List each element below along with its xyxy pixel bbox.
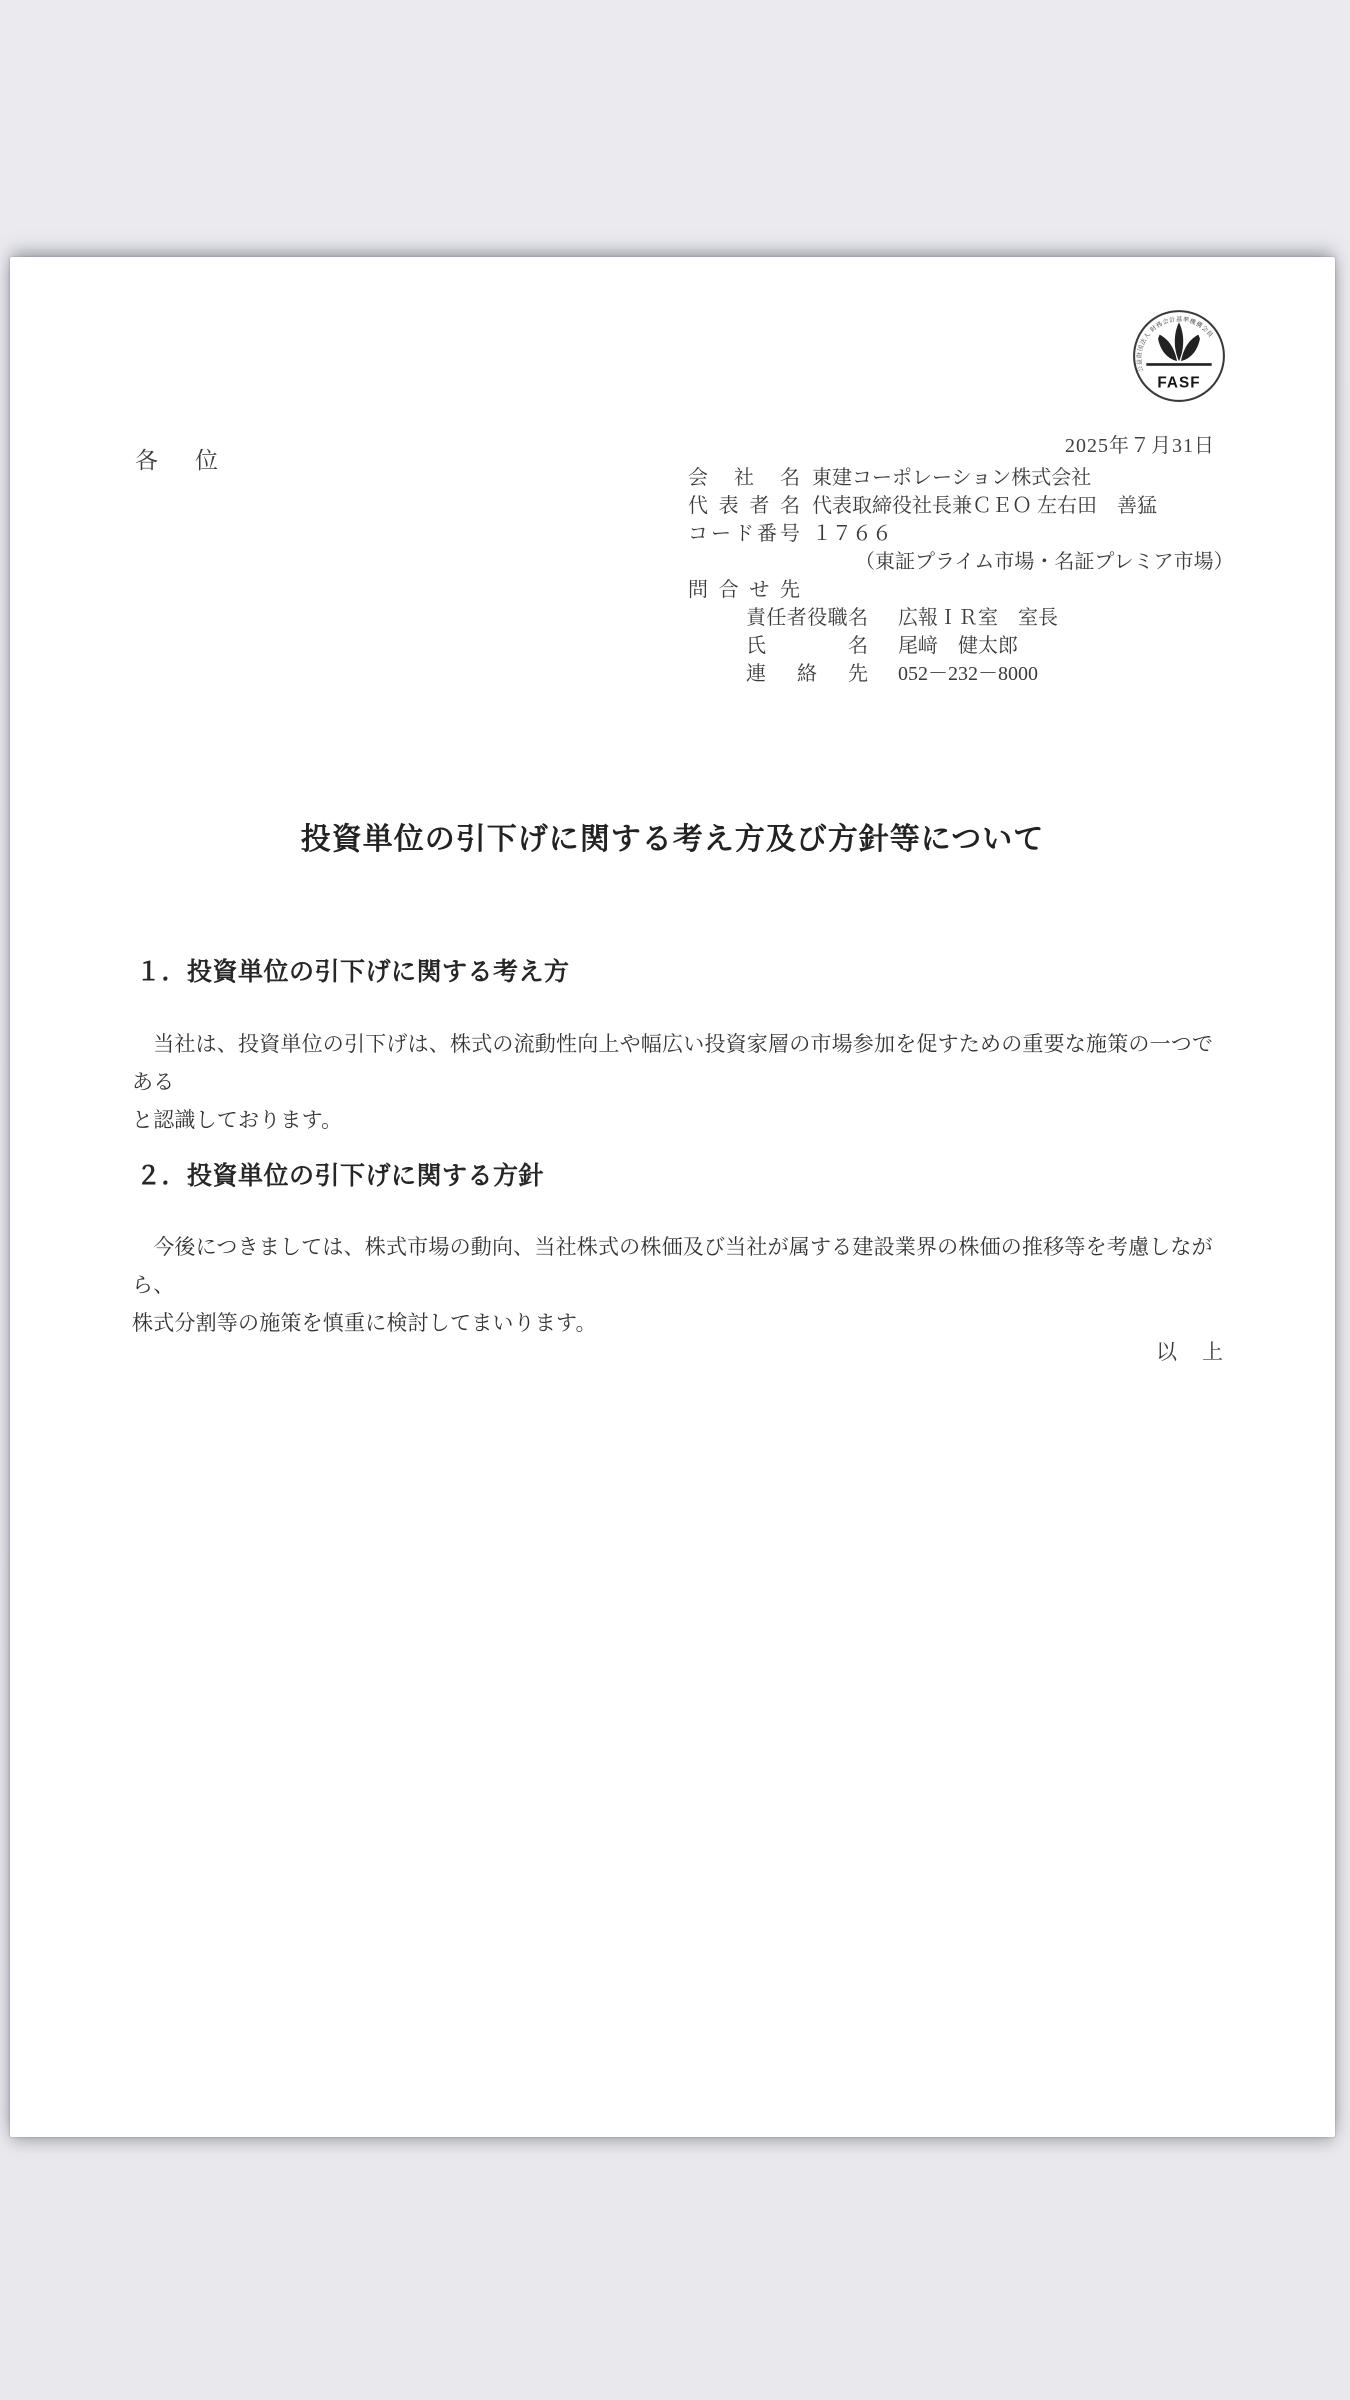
section-1-body: 当社は、投資単位の引下げは、株式の流動性向上や幅広い投資家層の市場参加を促すため…	[132, 1025, 1232, 1139]
section-1-heading: １．投資単位の引下げに関する考え方	[136, 952, 570, 988]
representative-value: 代表取締役社長兼ＣＥＯ 左右田 善猛	[812, 492, 1157, 520]
document-page: 公益財団法人 財務会計基準機構会員 FASF 2025年７月31日 各 位 会社…	[10, 257, 1335, 2137]
inquiry-header-row: 問合せ先	[688, 576, 1248, 604]
company-info-block: 会社名 東建コーポレーション株式会社 代表者名 代表取締役社長兼ＣＥＯ 左右田 …	[688, 464, 1248, 688]
closing-ijou: 以 上	[1156, 1336, 1225, 1366]
contact-title-label: 責任者役職名	[746, 604, 868, 632]
inquiry-label: 問合せ先	[688, 576, 800, 604]
contact-phone-value: 052－232－8000	[898, 660, 1038, 688]
section-2-heading: ２．投資単位の引下げに関する方針	[136, 1156, 544, 1192]
fasf-left-leaf	[1158, 335, 1177, 362]
company-row: 会社名 東建コーポレーション株式会社	[688, 464, 1248, 492]
stock-code-value: １７６６	[812, 520, 892, 548]
body-line: 当社は、投資単位の引下げは、株式の流動性向上や幅広い投資家層の市場参加を促すため…	[132, 1025, 1232, 1101]
addressee: 各 位	[135, 442, 225, 475]
fasf-logo-icon: 公益財団法人 財務会計基準機構会員 FASF	[1130, 307, 1228, 405]
fasf-center-leaf	[1175, 322, 1183, 361]
stock-code-label: コード番号	[688, 520, 800, 548]
section-2-body: 今後につきましては、株式市場の動向、当社株式の株価及び当社が属する建設業界の株価…	[132, 1228, 1232, 1342]
company-row: 代表者名 代表取締役社長兼ＣＥＯ 左右田 善猛	[688, 492, 1248, 520]
contact-title-value: 広報ＩＲ室 室長	[898, 604, 1058, 632]
body-line: 今後につきましては、株式市場の動向、当社株式の株価及び当社が属する建設業界の株価…	[132, 1228, 1232, 1304]
fasf-label: FASF	[1157, 375, 1200, 392]
representative-label: 代表者名	[688, 492, 800, 520]
listing-markets-value: （東証プライム市場・名証プレミア市場）	[855, 548, 1234, 576]
contact-name-label: 氏名	[746, 632, 868, 660]
body-line: と認識しております。	[132, 1101, 1232, 1139]
company-row: コード番号 １７６６	[688, 520, 1248, 548]
document-title: 投資単位の引下げに関する考え方及び方針等について	[10, 814, 1335, 858]
contact-row: 氏名 尾﨑 健太郎	[746, 632, 1248, 660]
contact-row: 連絡先 052－232－8000	[746, 660, 1248, 688]
company-row: （東証プライム市場・名証プレミア市場）	[688, 548, 1248, 576]
company-name-label: 会社名	[688, 464, 800, 492]
contact-row: 責任者役職名 広報ＩＲ室 室長	[746, 604, 1248, 632]
company-name-value: 東建コーポレーション株式会社	[812, 464, 1091, 492]
document-date: 2025年７月31日	[1065, 429, 1215, 458]
fasf-logo: 公益財団法人 財務会計基準機構会員 FASF	[1130, 307, 1228, 405]
contact-name-value: 尾﨑 健太郎	[898, 632, 1018, 660]
fasf-right-leaf	[1181, 335, 1200, 362]
body-line: 株式分割等の施策を慎重に検討してまいります。	[132, 1304, 1232, 1342]
contact-phone-label: 連絡先	[746, 660, 868, 688]
